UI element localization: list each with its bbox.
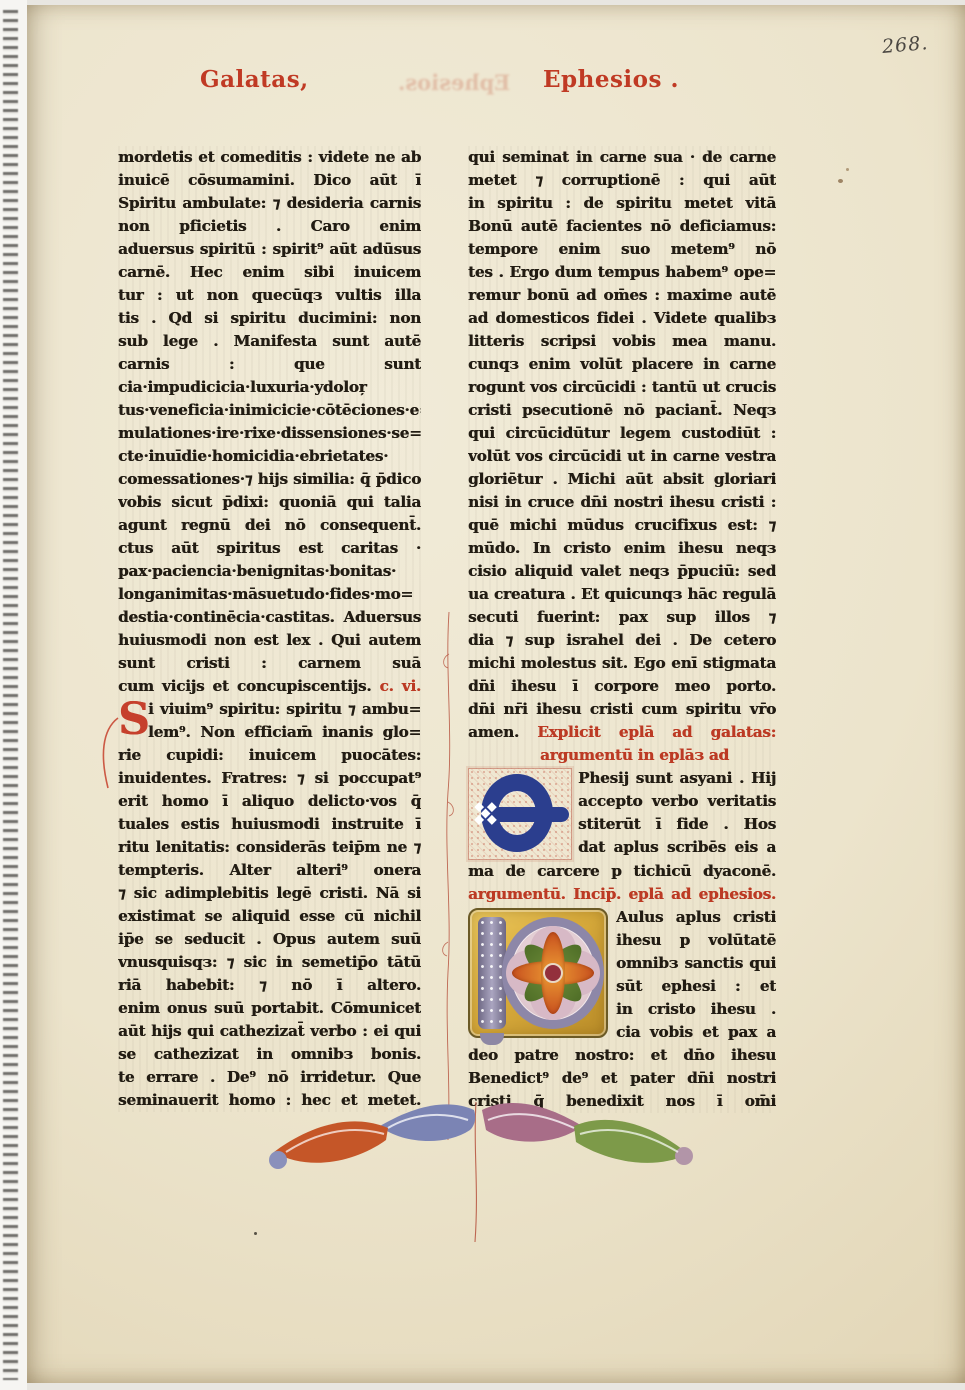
text-line: non pficietis . Caro enim concupiscit: [118, 215, 421, 238]
text-line: riā habebit: ⁊ nō ī altero. Vnusquisqз: [118, 974, 421, 997]
text-line: cisio aliquid valet neqз p̄puciū: sed no…: [468, 560, 776, 583]
text-line: ma de carcere p tichicū dyaconē. Explic̄: [468, 860, 776, 883]
text-line: dn̄i ihesu ī corpore meo porto. Gracia: [468, 675, 776, 698]
text-line: longanimitas·māsuetudo·fides·mo=: [118, 583, 421, 606]
text-line: existimat se aliquid esse cū nichil sit:: [118, 905, 421, 928]
text-line: litteris scripsi vobis mea manu. Qui=: [468, 330, 776, 353]
text-line: dia ⁊ sup israhel dei . De cetero nemo: [468, 629, 776, 652]
text-line: stiterūt ī fide . Hos collau=: [578, 813, 776, 836]
text-line: rie cupidi: inuicem puocātes: inuicem: [118, 744, 421, 767]
text-line: ad domesticos fidei . Videte qualibз: [468, 307, 776, 330]
text-line: aūt hijs qui cathezizat̄ verbo : ei qui: [118, 1020, 421, 1043]
text-line: huiusmodi non est lex . Qui autem: [118, 629, 421, 652]
text-line: gloriētur . Michi aūt absit gloriari: [468, 468, 776, 491]
text-line: carnis : que sunt fornicatio·immūdi=: [118, 353, 421, 376]
text-line: destia·continēcia·castitas. Aduersus: [118, 606, 421, 629]
running-header-galatas: Galatas,: [200, 66, 309, 93]
text-line: seminauerit homo : hec et metet. Qm̄: [118, 1089, 421, 1112]
lombard-e-bar: [483, 807, 569, 822]
text-line: cum vicijs et concupiscentijs. c. vi.: [118, 675, 421, 698]
right-text-column: qui seminat in carne sua · de carne etme…: [468, 146, 776, 1113]
text-line: Aulus aplus cristi: [616, 906, 776, 929]
manuscript-photo: { "meta": { "folio_number": "268.", "des…: [0, 0, 965, 1390]
text-line: cristi q̄ benedixit nos ī om̄i benedictō…: [468, 1090, 776, 1113]
text-line: qui circūcidūtur legem custodiūt : sed: [468, 422, 776, 445]
text-segment: ma de carcere p tichicū dyaconē.: [468, 862, 776, 880]
text-line: ihesu p volūtatē dei: [616, 929, 776, 952]
text-line: lem⁹. Non efficiam̄ inanis glo=: [148, 721, 421, 744]
text-line: Phesij sunt asyani . Hij: [578, 767, 776, 790]
text-line: ⁊ sic adimplebitis legē cristi. Nā si q̄…: [118, 882, 421, 905]
text-line: carnē. Hec enim sibi inuicem aduersā=: [118, 261, 421, 284]
text-line: tempore enim suo metem⁹ nō deficien=: [468, 238, 776, 261]
text-line: cristi psecutionē nō paciant̄. Neqз enī: [468, 399, 776, 422]
lombard-e-initial-panel: [468, 768, 572, 860]
text-line: in spiritu : de spiritu metet vitā etern…: [468, 192, 776, 215]
text-line: qui seminat in carne sua · de carne et: [468, 146, 776, 169]
text-line: erit homo ī aliquo delicto·vos q̄ spiri=: [118, 790, 421, 813]
text-line: se cathezizat in omnibз bonis. Noli=: [118, 1043, 421, 1066]
text-line: Benedict⁹ de⁹ et pater dn̄i nostri ihesu: [468, 1067, 776, 1090]
text-line: in cristo ihesu . Gra=: [616, 998, 776, 1021]
text-line: dn̄i nr̄i ihesu cristi cum spiritu vr̄o …: [468, 698, 776, 721]
foxing-speck: [846, 168, 849, 171]
text-line: i viuim⁹ spiritu: spiritu ⁊ ambu=: [148, 698, 421, 721]
text-line: vnusquisqз: ⁊ sic in semetip̄o tātū glo=: [118, 951, 421, 974]
text-line: rogunt vos circūcidi : tantū ut crucis: [468, 376, 776, 399]
text-line: secuti fuerint: pax sup illos ⁊ miserico…: [468, 606, 776, 629]
text-line: cunqз enim volūt placere in carne hij: [468, 353, 776, 376]
text-line: inuicē cōsumamini. Dico aūt ī cristo.: [118, 169, 421, 192]
text-segment: cum vicijs et concupiscentijs.: [118, 677, 379, 695]
text-line: mordetis et comeditis : videte ne ab: [118, 146, 421, 169]
lombard-initial-s: S: [118, 698, 148, 744]
text-line: argumentū in eplāз ad ephe.: [468, 744, 776, 767]
text-line: Spiritu ambulate: ⁊ desideria carnis: [118, 192, 421, 215]
ink-speck: [254, 1232, 257, 1235]
folio-number: 268.: [881, 32, 929, 58]
text-line: tis . Qd si spiritu ducimini: non estis: [118, 307, 421, 330]
text-line: dat aplus scribēs eis a ro=: [578, 836, 776, 859]
text-line: sūt ephesi : et fidelibз: [616, 975, 776, 998]
text-line: tes . Ergo dum tempus habem⁹ ope=: [468, 261, 776, 284]
text-line: ua creatura . Et quicunqз hāc regulā: [468, 583, 776, 606]
text-line: sunt cristi : carnem suā crucifixerunt: [118, 652, 421, 675]
text-line: cte·inuīdie·homicidia·ebrietates·: [118, 445, 421, 468]
facing-page-text-bleed: [3, 10, 18, 1380]
ephesians-prologue: Phesij sunt asyani . Hijaccepto verbo ve…: [468, 767, 776, 860]
text-line: aduersus spiritū : spirit⁹ aūt adūsus: [118, 238, 421, 261]
text-line: mulationes·ire·rixe·dissensiones·se=: [118, 422, 421, 445]
chapter-six-opening: S i viuim⁹ spiritu: spiritu ⁊ ambu=lem⁹.…: [118, 698, 421, 744]
text-line: cia vobis et pax a: [616, 1021, 776, 1044]
text-line: cia·impudicicia·luxuria·ydoloŗ serui=: [118, 376, 421, 399]
text-line: argumentū. Incip̄. eplā ad ephesios. c.i…: [468, 883, 776, 906]
text-line: tempteris. Alter alteri⁹ onera portate:: [118, 859, 421, 882]
text-line: tuales estis huiusmodi instruite ī spi=: [118, 813, 421, 836]
text-line: comessationes·⁊ hijs similia: q̄ p̄dico: [118, 468, 421, 491]
text-line: ritu lenitatis: considerās teip̄m ne ⁊ t…: [118, 836, 421, 859]
text-line: ctus aūt spiritus est caritas · gaudiū·: [118, 537, 421, 560]
text-line: nisi in cruce dn̄i nostri ihesu cristi :…: [468, 491, 776, 514]
rubric-segment: c. vi.: [379, 677, 421, 695]
ephesians-opening: Aulus aplus cristiihesu p volūtatē deiom…: [468, 906, 776, 1044]
running-header-ephesios: Ephesios .: [543, 66, 679, 93]
left-text-column: mordetis et comeditis : videte ne abinui…: [118, 146, 421, 1112]
text-line: volūt vos circūcidi ut in carne vestra: [468, 445, 776, 468]
text-line: quē michi mūdus crucifixus est: ⁊ ego: [468, 514, 776, 537]
text-segment: amen.: [468, 723, 537, 741]
text-line: ip̄e se seducit . Opus autem suū pbet: [118, 928, 421, 951]
text-line: vobis sicut p̄dixi: quoniā qui talia: [118, 491, 421, 514]
text-line: accepto verbo veritatis p=: [578, 790, 776, 813]
foxing-speck: [838, 179, 843, 183]
text-line: sub lege . Manifesta sunt autē opera: [118, 330, 421, 353]
text-line: inuidentes. Fratres: ⁊ si poccupat⁹ fu=: [118, 767, 421, 790]
text-line: deo patre nostro: et dn̄o ihesu cristo.: [468, 1044, 776, 1067]
text-line: michi molestus sit. Ego enī stigmata: [468, 652, 776, 675]
text-line: pax·paciencia·benignitas·bonitas·: [118, 560, 421, 583]
text-line: enim onus suū portabit. Cōmunicet: [118, 997, 421, 1020]
facing-page-edge: [0, 0, 27, 1390]
text-line: mūdo. In cristo enim ihesu neqз circū=: [468, 537, 776, 560]
p-initial-bowl: [502, 917, 604, 1029]
text-line: omnibз sanctis qui: [616, 952, 776, 975]
text-line: Bonū autē facientes nō deficiamus:: [468, 215, 776, 238]
flower-center: [543, 963, 563, 983]
text-line: te errare . De⁹ nō irridetur. Que enim: [118, 1066, 421, 1089]
text-line: remur bonū ad om̄es : maxime autē: [468, 284, 776, 307]
text-line: agunt regnū dei nō consequent̄. Fru=: [118, 514, 421, 537]
text-line: tur : ut non quecūqз vultis illa facia=: [118, 284, 421, 307]
text-line: amen. Explicit eplā ad galatas: Incipit: [468, 721, 776, 744]
illuminated-p-initial-panel: [468, 908, 608, 1038]
text-line: tus·veneficia·inimicicie·cōtēciones·e=: [118, 399, 421, 422]
header-bleedthrough: Ephesios.: [398, 70, 510, 95]
text-line: metet ⁊ corruptionē : qui aūt seminat: [468, 169, 776, 192]
